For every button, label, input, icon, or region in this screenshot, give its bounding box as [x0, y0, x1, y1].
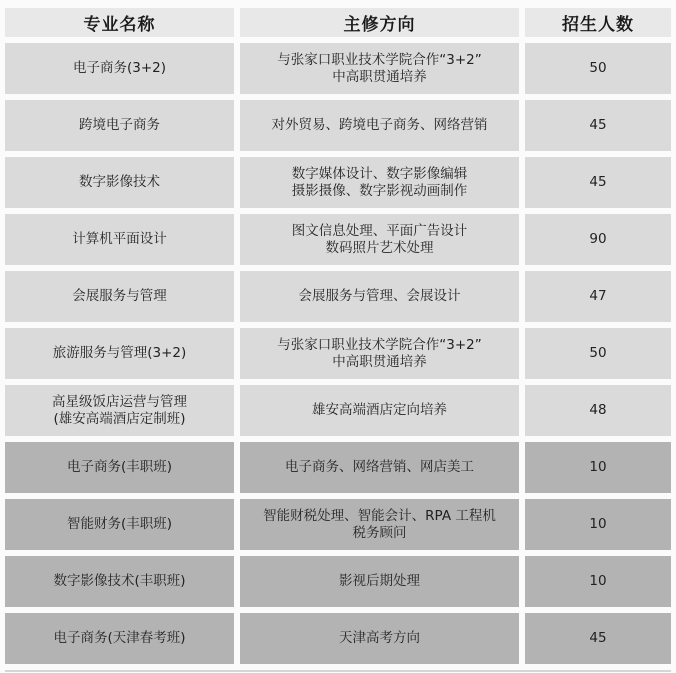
main-direction-cell-line: 会展服务与管理、会展设计 [299, 288, 461, 305]
enrollment-count-cell: 45 [525, 613, 671, 664]
table-row: 计算机平面设计图文信息处理、平面广告设计数码照片艺术处理90 [5, 214, 671, 265]
major-name-cell-line: 数字影像技术 [79, 174, 160, 191]
main-direction-cell-line: 天津高考方向 [339, 630, 420, 647]
table-row: 智能财务(丰职班)智能财税处理、智能会计、RPA 工程机税务顾问10 [5, 499, 671, 550]
main-direction-cell: 与张家口职业技术学院合作“3+2”中高职贯通培养 [240, 328, 519, 379]
major-name-cell-line: 电子商务(3+2) [73, 60, 166, 77]
enrollment-count-cell: 48 [525, 385, 671, 436]
main-direction-cell-line: 影视后期处理 [339, 573, 420, 590]
enrollment-count-cell: 45 [525, 100, 671, 151]
main-direction-cell: 影视后期处理 [240, 556, 519, 607]
header-main-direction: 主修方向 [240, 8, 519, 37]
main-direction-cell-line: 智能财税处理、智能会计、RPA 工程机 [263, 508, 496, 525]
table-header-row: 专业名称 主修方向 招生人数 [5, 8, 671, 37]
table-row: 跨境电子商务对外贸易、跨境电子商务、网络营销45 [5, 100, 671, 151]
major-name-cell-line: 电子商务(天津春考班) [53, 630, 185, 647]
main-direction-cell-line: 与张家口职业技术学院合作“3+2” [277, 337, 481, 354]
major-name-cell-line: (雄安高端酒店定制班) [53, 411, 185, 428]
main-direction-cell-line: 中高职贯通培养 [332, 69, 427, 86]
table-row: 数字影像技术(丰职班)影视后期处理10 [5, 556, 671, 607]
major-name-cell-line: 计算机平面设计 [72, 231, 167, 248]
enrollment-count-cell: 50 [525, 43, 671, 94]
major-name-cell-line: 旅游服务与管理(3+2) [53, 345, 187, 362]
main-direction-cell-line: 税务顾问 [353, 525, 407, 542]
main-direction-cell-line: 中高职贯通培养 [332, 354, 427, 371]
major-name-cell: 会展服务与管理 [5, 271, 234, 322]
major-name-cell-line: 高星级饭店运营与管理 [52, 394, 187, 411]
major-name-cell: 旅游服务与管理(3+2) [5, 328, 234, 379]
main-direction-cell-line: 数码照片艺术处理 [326, 240, 434, 257]
major-name-cell: 数字影像技术 [5, 157, 234, 208]
enrollment-count-cell: 10 [525, 499, 671, 550]
main-direction-cell-line: 数字媒体设计、数字影像编辑 [292, 166, 468, 183]
table-body: 电子商务(3+2)与张家口职业技术学院合作“3+2”中高职贯通培养50跨境电子商… [5, 43, 671, 664]
table-row: 高星级饭店运营与管理(雄安高端酒店定制班)雄安高端酒店定向培养48 [5, 385, 671, 436]
table-row: 电子商务(3+2)与张家口职业技术学院合作“3+2”中高职贯通培养50 [5, 43, 671, 94]
table-row: 数字影像技术数字媒体设计、数字影像编辑摄影摄像、数字影视动画制作45 [5, 157, 671, 208]
major-name-cell: 智能财务(丰职班) [5, 499, 234, 550]
header-major-name: 专业名称 [5, 8, 234, 37]
table-row: 会展服务与管理会展服务与管理、会展设计47 [5, 271, 671, 322]
main-direction-cell-line: 与张家口职业技术学院合作“3+2” [277, 52, 481, 69]
major-name-cell-line: 智能财务(丰职班) [67, 516, 172, 533]
table-row: 电子商务(丰职班)电子商务、网络营销、网店美工10 [5, 442, 671, 493]
main-direction-cell: 天津高考方向 [240, 613, 519, 664]
main-direction-cell-line: 对外贸易、跨境电子商务、网络营销 [272, 117, 488, 134]
main-direction-cell: 数字媒体设计、数字影像编辑摄影摄像、数字影视动画制作 [240, 157, 519, 208]
enrollment-count-cell: 10 [525, 556, 671, 607]
main-direction-cell: 会展服务与管理、会展设计 [240, 271, 519, 322]
main-direction-cell-line: 摄影摄像、数字影视动画制作 [292, 183, 468, 200]
major-name-cell: 跨境电子商务 [5, 100, 234, 151]
main-direction-cell: 电子商务、网络营销、网店美工 [240, 442, 519, 493]
enrollment-count-cell: 45 [525, 157, 671, 208]
enrollment-count-cell: 90 [525, 214, 671, 265]
main-direction-cell: 对外贸易、跨境电子商务、网络营销 [240, 100, 519, 151]
major-name-cell-line: 跨境电子商务 [79, 117, 160, 134]
major-name-cell: 数字影像技术(丰职班) [5, 556, 234, 607]
table-row: 旅游服务与管理(3+2)与张家口职业技术学院合作“3+2”中高职贯通培养50 [5, 328, 671, 379]
bottom-divider [5, 670, 671, 672]
header-enrollment-count: 招生人数 [525, 8, 671, 37]
major-name-cell-line: 会展服务与管理 [72, 288, 167, 305]
main-direction-cell-line: 雄安高端酒店定向培养 [312, 402, 447, 419]
enrollment-count-cell: 10 [525, 442, 671, 493]
major-name-cell: 电子商务(丰职班) [5, 442, 234, 493]
enrollment-table: 专业名称 主修方向 招生人数 电子商务(3+2)与张家口职业技术学院合作“3+2… [5, 8, 671, 670]
enrollment-count-cell: 47 [525, 271, 671, 322]
major-name-cell: 电子商务(3+2) [5, 43, 234, 94]
major-name-cell: 高星级饭店运营与管理(雄安高端酒店定制班) [5, 385, 234, 436]
main-direction-cell: 雄安高端酒店定向培养 [240, 385, 519, 436]
major-name-cell-line: 数字影像技术(丰职班) [53, 573, 185, 590]
main-direction-cell: 图文信息处理、平面广告设计数码照片艺术处理 [240, 214, 519, 265]
major-name-cell-line: 电子商务(丰职班) [67, 459, 172, 476]
main-direction-cell-line: 电子商务、网络营销、网店美工 [285, 459, 474, 476]
main-direction-cell: 智能财税处理、智能会计、RPA 工程机税务顾问 [240, 499, 519, 550]
enrollment-count-cell: 50 [525, 328, 671, 379]
main-direction-cell-line: 图文信息处理、平面广告设计 [292, 223, 468, 240]
major-name-cell: 计算机平面设计 [5, 214, 234, 265]
major-name-cell: 电子商务(天津春考班) [5, 613, 234, 664]
main-direction-cell: 与张家口职业技术学院合作“3+2”中高职贯通培养 [240, 43, 519, 94]
table-row: 电子商务(天津春考班)天津高考方向45 [5, 613, 671, 664]
